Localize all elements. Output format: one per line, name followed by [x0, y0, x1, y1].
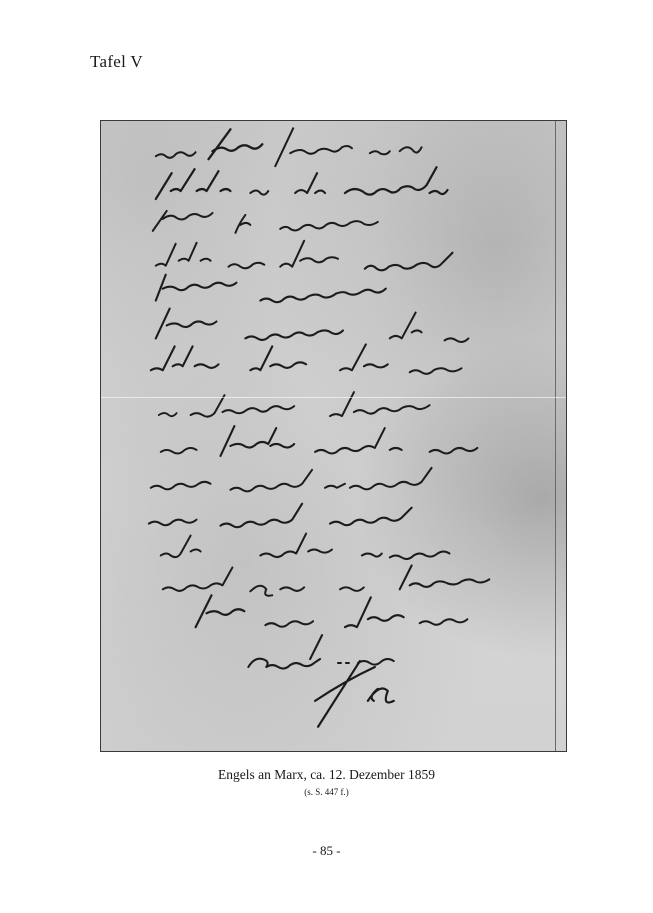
caption-page-reference: (s. S. 447 f.) — [0, 787, 653, 797]
plate-label: Tafel V — [90, 52, 143, 72]
page-number: - 85 - — [0, 843, 653, 859]
caption-title: Engels an Marx, ca. 12. Dezember 1859 — [0, 767, 653, 783]
letter-facsimile-image — [100, 120, 567, 752]
handwriting-strokes — [101, 121, 566, 751]
